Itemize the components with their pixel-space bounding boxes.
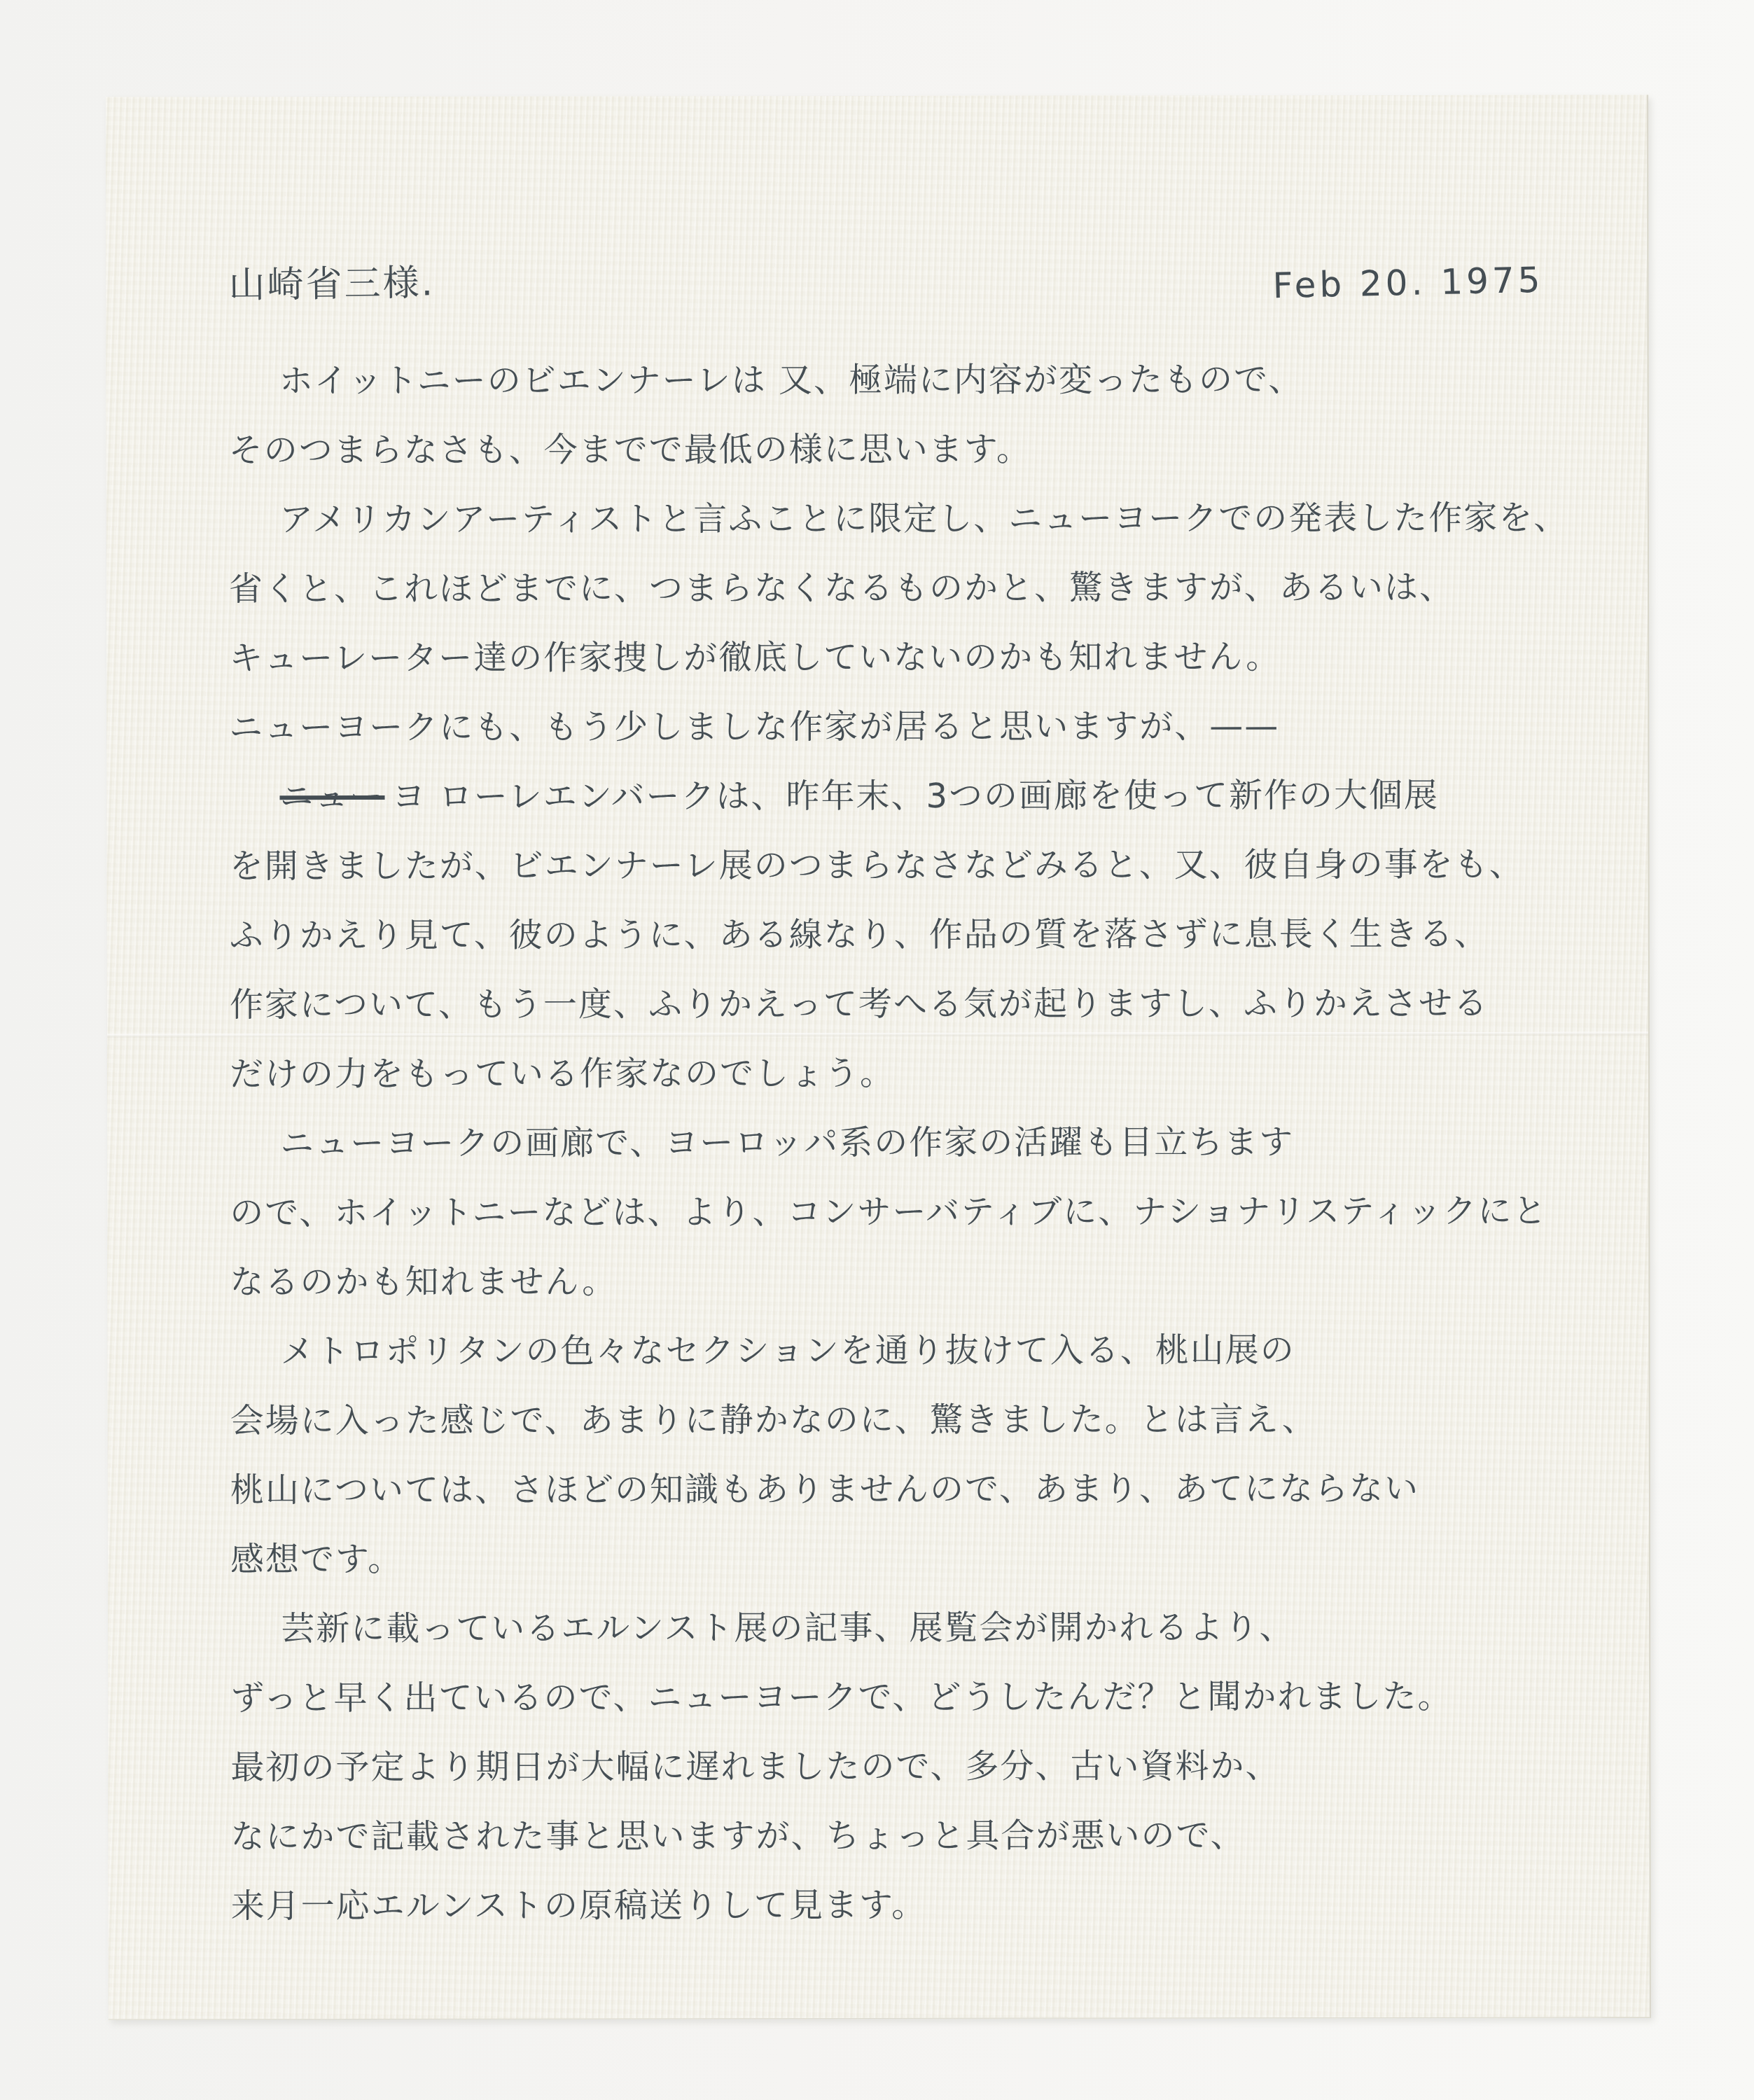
letter-body: ホイットニーのビエンナーレは 又、極端に内容が変ったもので、 そのつまらなさも、… [229,342,1580,1938]
letter-line: 作家について、もう一度、ふりかえって考へる気が起りますし、ふりかえさせる [230,966,1578,1037]
letter-scan-background: 山崎省三様. Feb 20. 1975 ホイットニーのビエンナーレは 又、極端に… [0,0,1754,2100]
recipient-name: 山崎省三様. [228,253,435,307]
letter-line: そのつまらなさも、今までで最低の様に思います。 [229,411,1578,482]
letter-line: キューレーター達の作家捜しが徹底していないのかも知れません。 [229,619,1578,690]
letter-line: 最初の予定より期日が大幅に遅れましたので、多分、古い資料か、 [230,1728,1579,1800]
letter-line: 感想です。 [230,1520,1579,1592]
letter-line: なるのかも知れません。 [230,1243,1578,1314]
letter-line: ホイットニーのビエンナーレは 又、極端に内容が変ったもので、 [229,342,1578,413]
letter-line: 来月一応エルンストの原稿送りして見ます。 [231,1867,1580,1938]
struck-text: ニュー [279,770,384,818]
letter-line: なにかで記載された事と思いますが、ちょっと具合が悪いので、 [230,1797,1579,1869]
letter-line: ニューヨ ローレエンバークは、昨年末、3つの画廊を使って新作の大個展 [229,758,1578,829]
letter-line: を開きましたが、ビエンナーレ展のつまらなさなどみると、又、彼自身の事をも、 [230,827,1578,898]
letter-line: ずっと早く出ているので、ニューヨークで、どうしたんだ？と聞かれました。 [230,1659,1579,1730]
letter-line: 桃山については、さほどの知識もありませんので、あまり、あてにならない [230,1451,1579,1522]
letter-line: 省くと、これほどまでに、つまらなくなるものかと、驚きますが、あるいは、 [229,550,1578,621]
letter-line: アメリカンアーティストと言ふことに限定し、ニューヨークでの発表した作家を、 [229,480,1578,552]
letter-line: 芸新に載っているエルンスト展の記事、展覧会が開かれるより、 [230,1590,1579,1661]
letter-line: ニューヨークの画廊で、ヨーロッパ系の作家の活躍も目立ちます [230,1104,1578,1176]
letter-line: 会場に入った感じで、あまりに静かなのに、驚きました。とは言え、 [230,1382,1579,1453]
letter-line: ニューヨークにも、もう少しましな作家が居ると思いますが、—— [229,688,1578,760]
letter-date: Feb 20. 1975 [1272,260,1544,307]
letter-line: メトロポリタンの色々なセクションを通り抜けて入る、桃山展の [230,1312,1579,1384]
letter-line: だけの力をもっている作家なのでしょう。 [230,1035,1578,1106]
letter-line: ふりかえり見て、彼のように、ある線なり、作品の質を落さずに息長く生きる、 [230,896,1578,968]
letter-header: 山崎省三様. Feb 20. 1975 [228,253,1563,307]
letter-paper: 山崎省三様. Feb 20. 1975 ホイットニーのビエンナーレは 又、極端に… [106,95,1651,2019]
letter-line: ので、ホイットニーなどは、より、コンサーバティブに、ナショナリスティックにと [230,1174,1578,1245]
